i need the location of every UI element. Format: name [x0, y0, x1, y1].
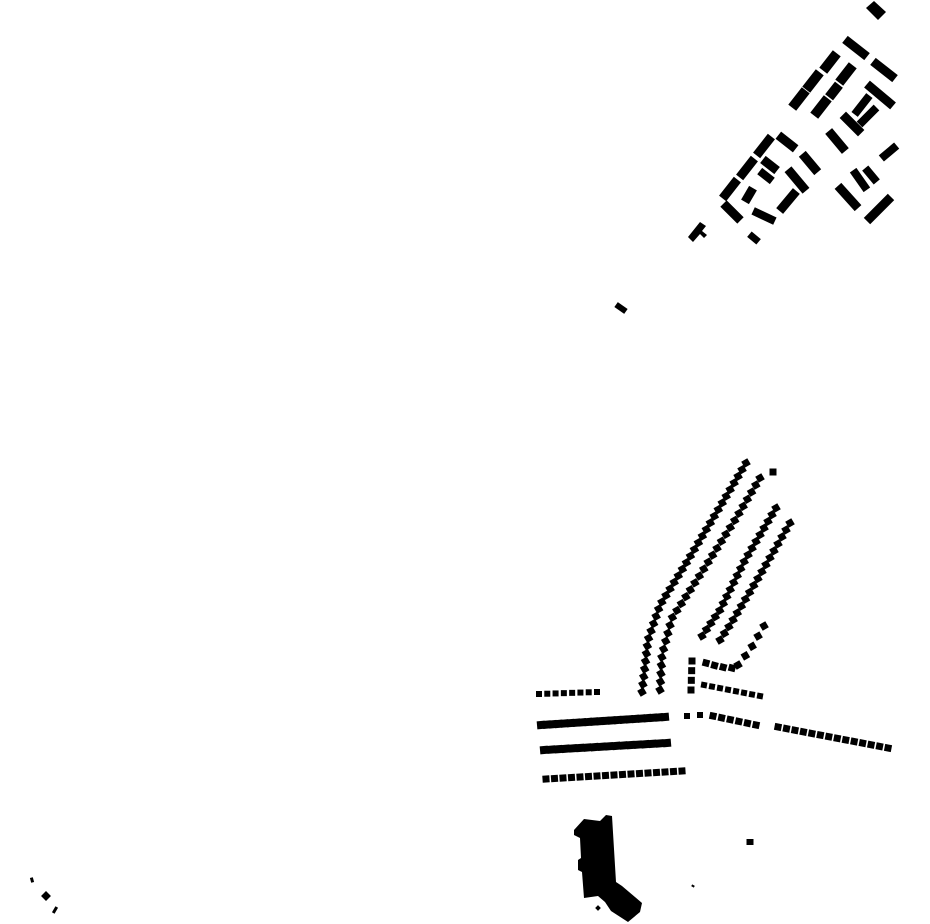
building-footprints	[0, 0, 930, 924]
figure-ground-map	[0, 0, 930, 924]
